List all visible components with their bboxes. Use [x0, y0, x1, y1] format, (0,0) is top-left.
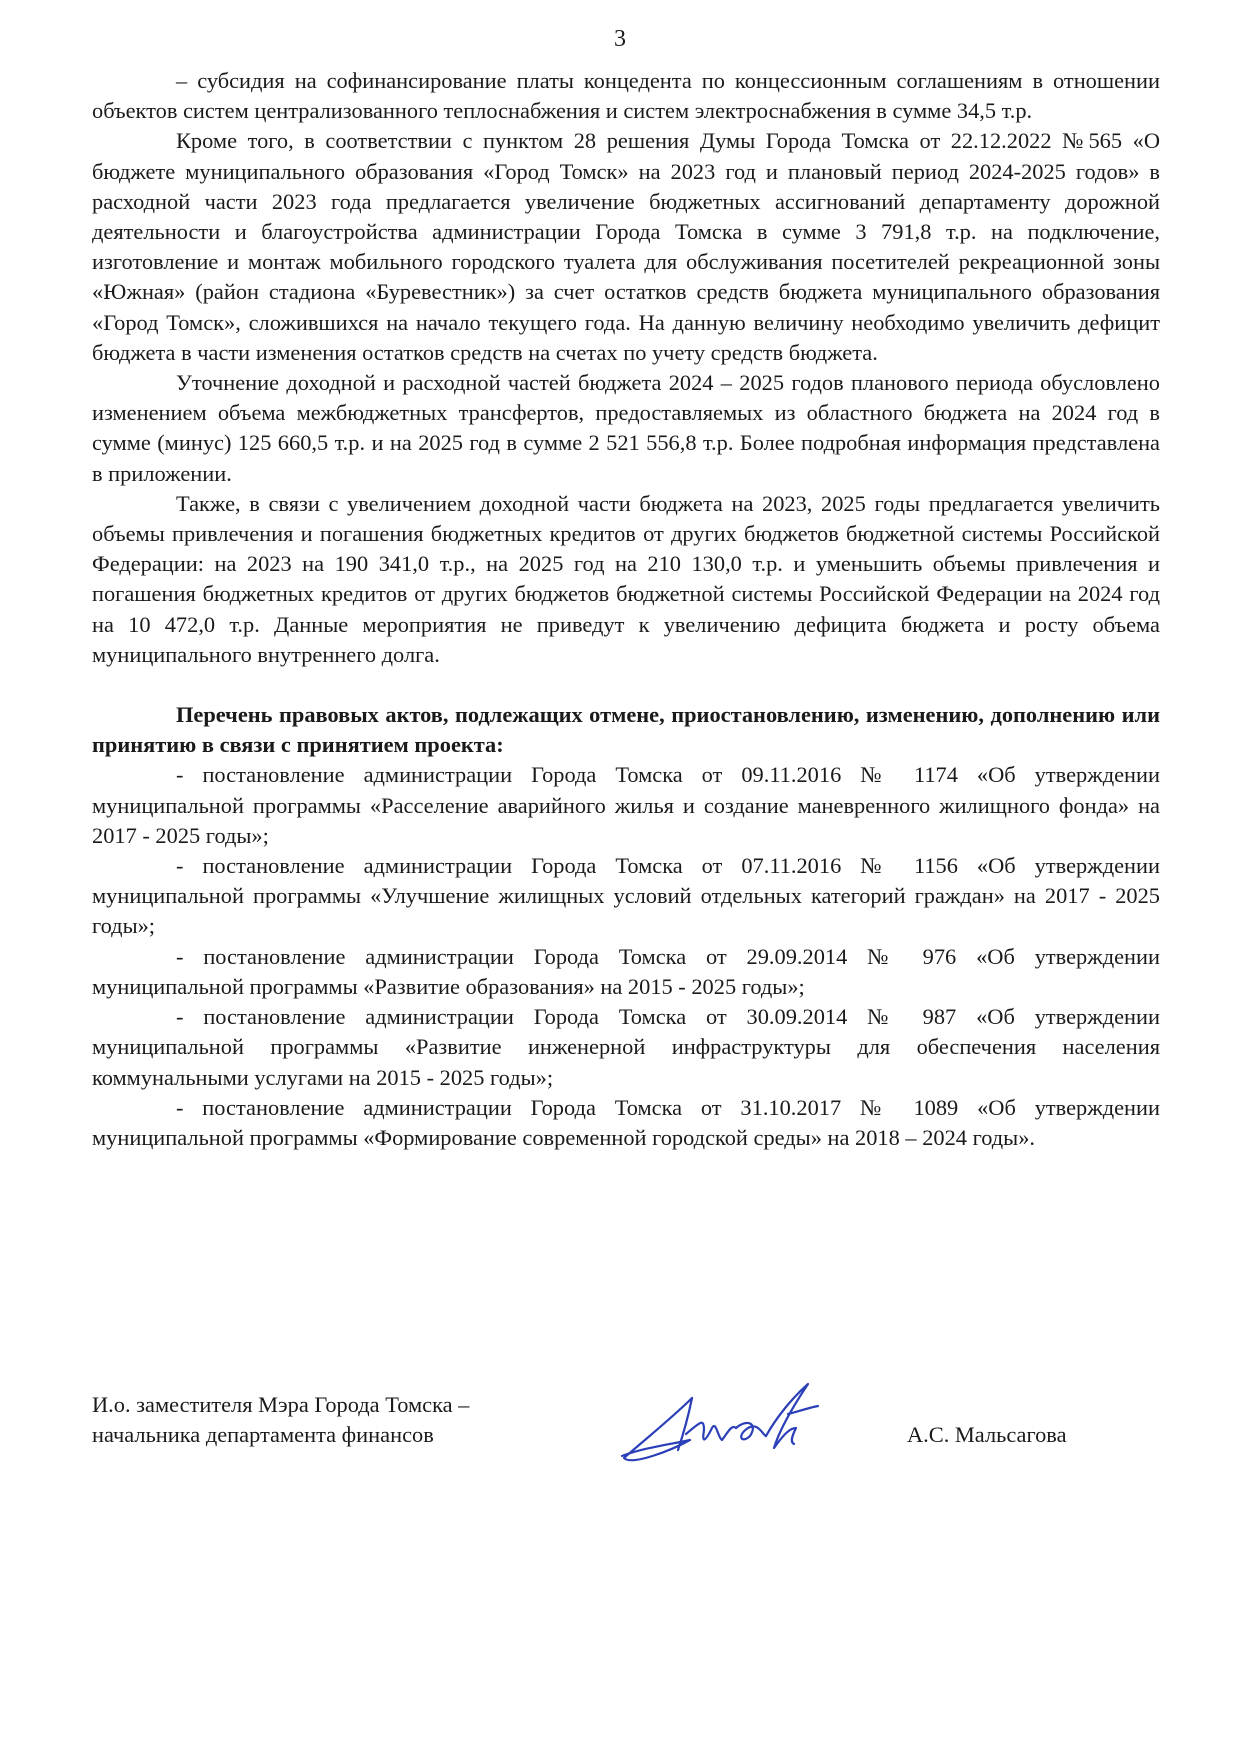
position-line-1: И.о. заместителя Мэра Города Томска – [92, 1390, 469, 1420]
paragraph-credits: Также, в связи с увеличением доходной ча… [92, 489, 1160, 670]
paragraph-planning-period: Уточнение доходной и расходной частей бю… [92, 368, 1160, 489]
page-number: 3 [0, 26, 1240, 53]
signatory-position: И.о. заместителя Мэра Города Томска – на… [92, 1390, 469, 1450]
legal-act-item: - постановление администрации Города Том… [92, 760, 1160, 851]
legal-act-item: - постановление администрации Города Том… [92, 851, 1160, 942]
paragraph-subsidy: – субсидия на софинансирование платы кон… [92, 66, 1160, 126]
legal-acts-heading: Перечень правовых актов, подлежащих отме… [92, 700, 1160, 760]
handwritten-signature-icon [612, 1378, 852, 1468]
paragraph-duma-decision: Кроме того, в соответствии с пунктом 28 … [92, 126, 1160, 368]
signatory-name: А.С. Мальсагова [907, 1420, 1067, 1450]
document-body: – субсидия на софинансирование платы кон… [92, 66, 1160, 1153]
spacer [92, 670, 1160, 700]
legal-act-item: - постановление администрации Города Том… [92, 1002, 1160, 1093]
legal-act-item: - постановление администрации Города Том… [92, 1093, 1160, 1153]
position-line-2: начальника департамента финансов [92, 1420, 469, 1450]
legal-act-item: - постановление администрации Города Том… [92, 942, 1160, 1002]
